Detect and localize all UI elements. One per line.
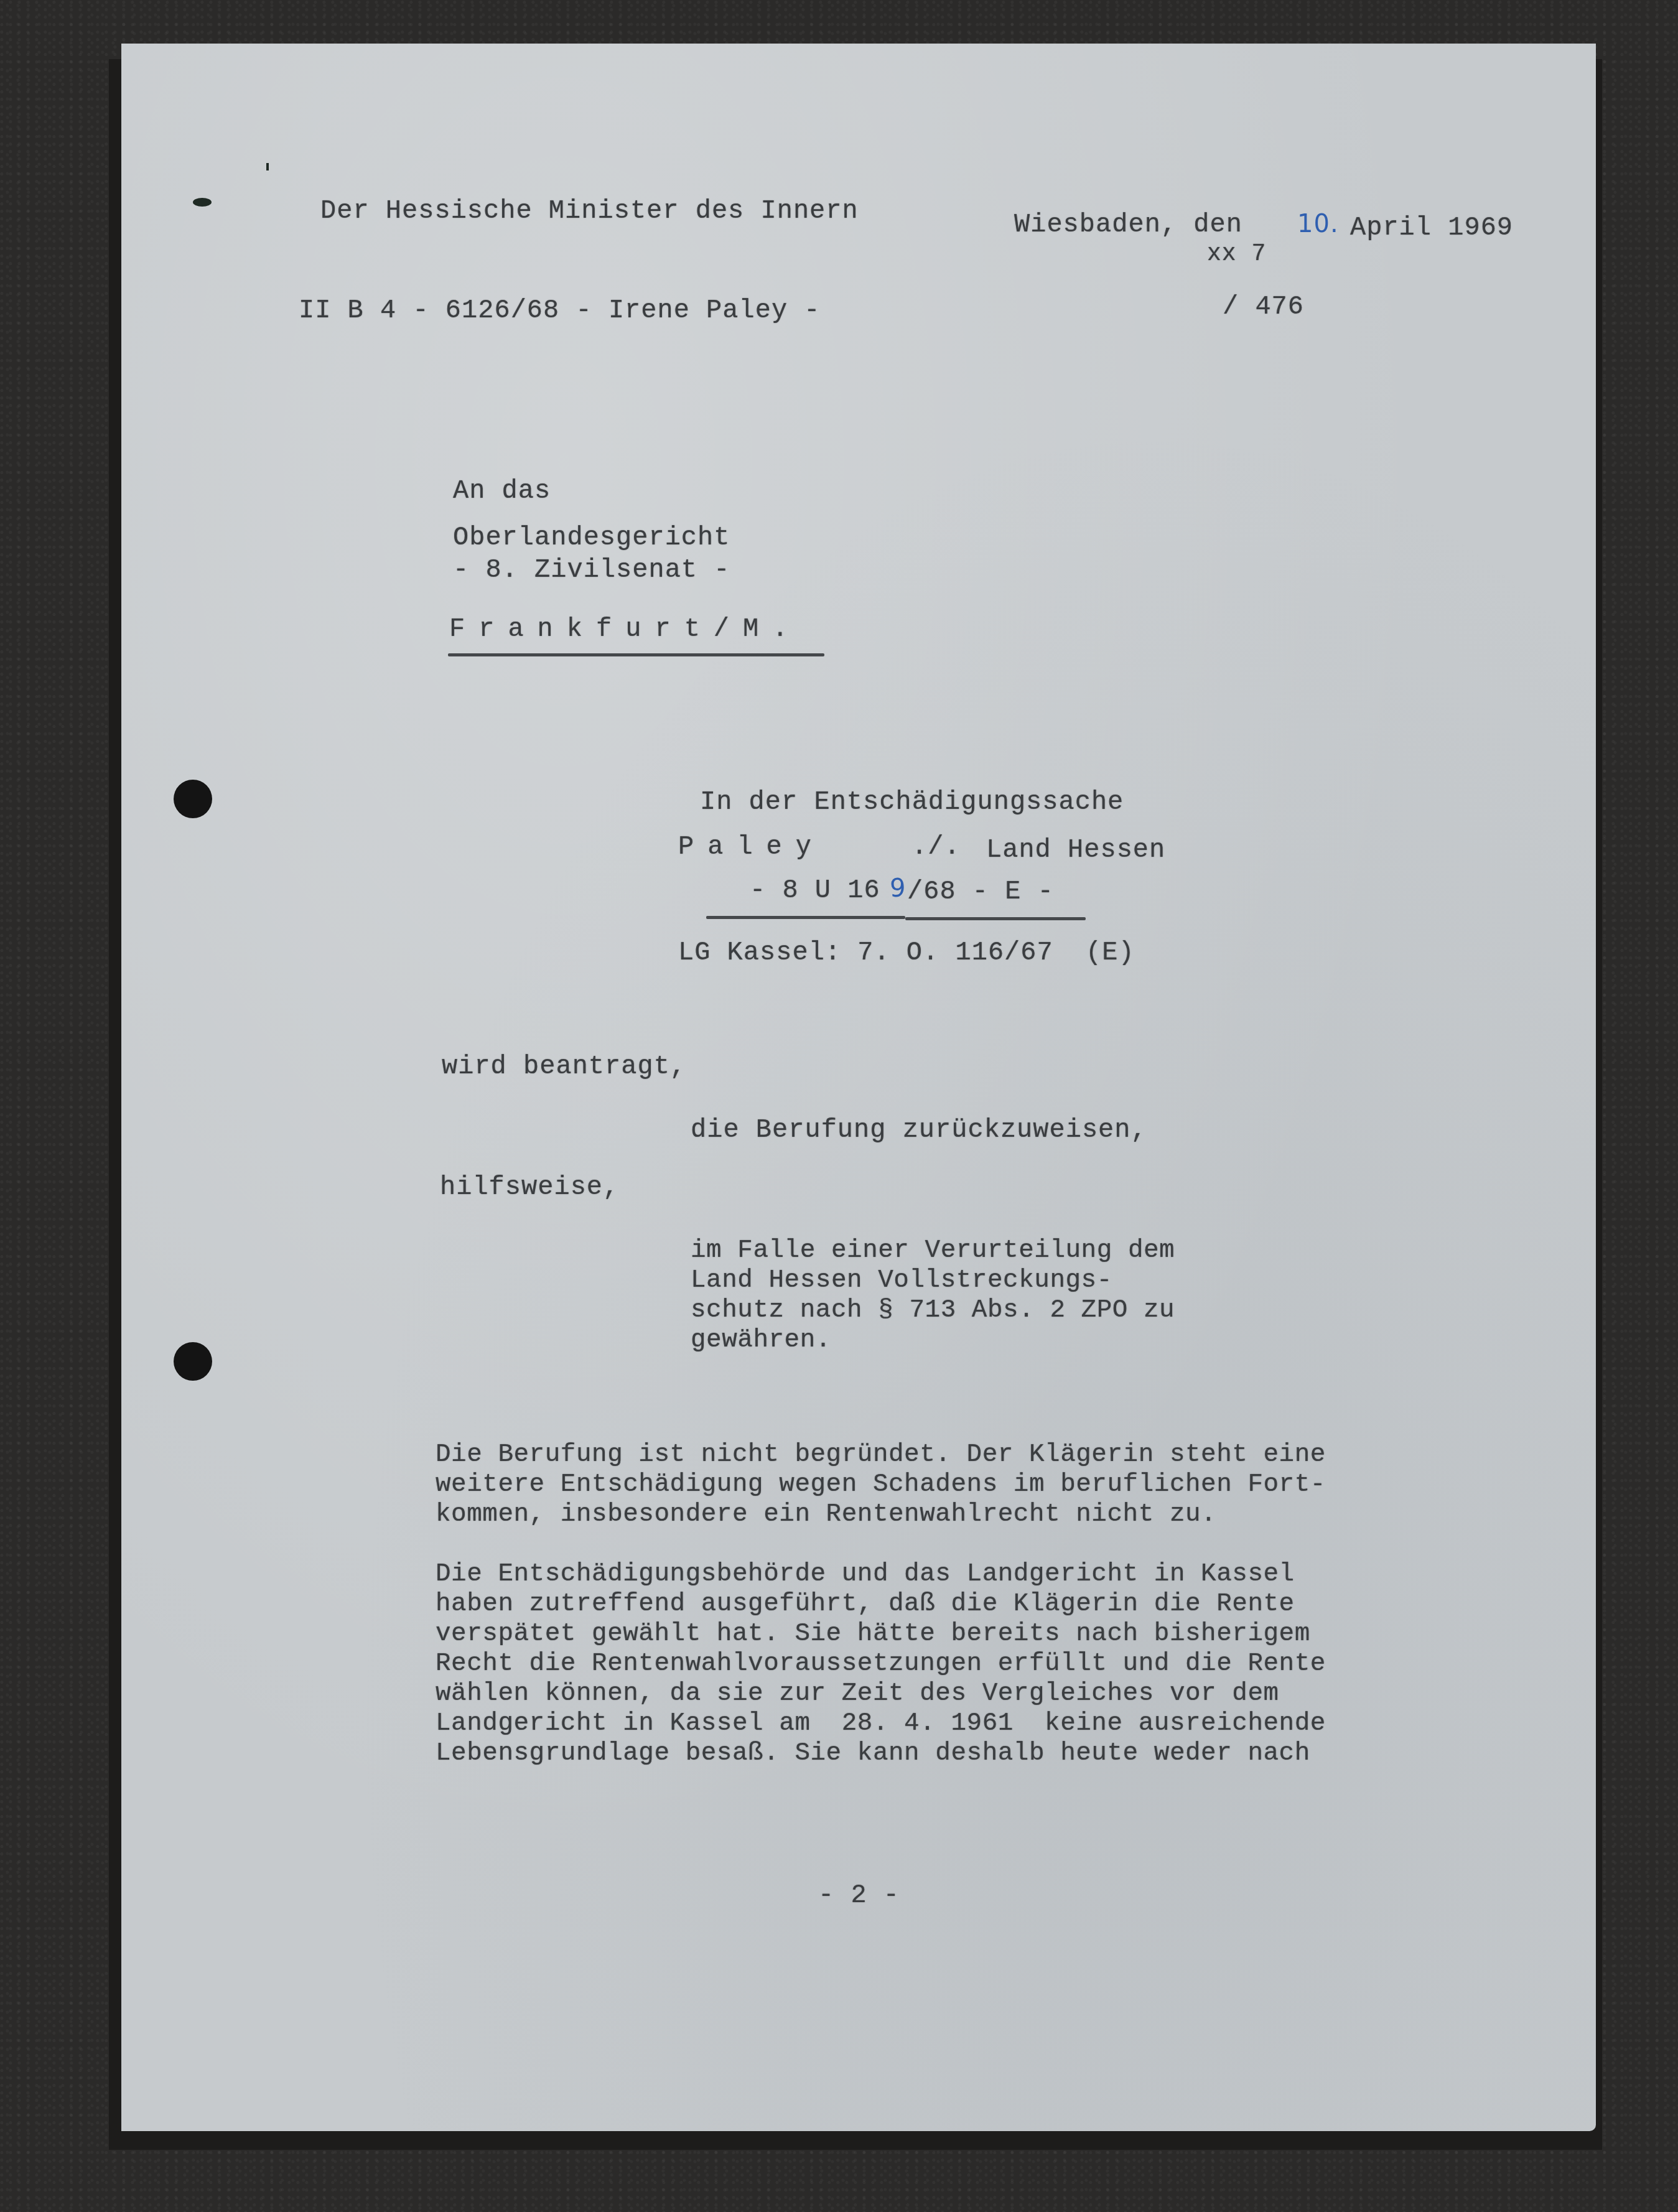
paragraph-line: haben zutreffend ausgeführt, daß die Klä… (436, 1592, 1295, 1617)
motion-primary: die Berufung zurückzuweisen, (691, 1117, 1147, 1143)
date-handwritten-day: 10. (1297, 212, 1339, 236)
paragraph-line: wählen können, da sie zur Zeit des Vergl… (436, 1681, 1279, 1707)
punch-hole-top (174, 780, 212, 818)
ink-blot (193, 198, 212, 207)
case-file-prefix: - 8 U 16 (750, 877, 880, 903)
case-party-right: Land Hessen (986, 837, 1165, 863)
recipient-line3: - 8. Zivilsenat - (453, 557, 730, 583)
ink-speck (266, 163, 269, 170)
case-underline-right (905, 917, 1086, 920)
lower-court: LG Kassel: 7. O. 116/67 (E) (678, 940, 1135, 966)
case-underline (706, 916, 905, 919)
paragraph-line: verspätet gewählt hat. Sie hätte bereits… (436, 1622, 1310, 1647)
case-file-handwritten-digit: 9 (890, 876, 906, 901)
motion-alt-line: schutz nach § 713 Abs. 2 ZPO zu (691, 1298, 1175, 1323)
paragraph-line: kommen, insbesondere ein Rentenwahlrecht… (436, 1502, 1216, 1528)
motion-alt-line: Land Hessen Vollstreckungs- (691, 1268, 1112, 1294)
motion-alt-line: gewähren. (691, 1328, 831, 1353)
paragraph-line: Lebensgrundlage besaß. Sie kann deshalb … (436, 1741, 1310, 1766)
date-sub-mark: xx 7 (1207, 243, 1266, 266)
recipient-line1: An das (453, 478, 551, 504)
reference: II B 4 - 6126/68 - Irene Paley - (299, 297, 821, 324)
motion-lead: wird beantragt, (442, 1053, 686, 1080)
punch-hole-bottom (174, 1342, 212, 1381)
paragraph-line: weitere Entschädigung wegen Schadens im … (436, 1472, 1326, 1498)
motion-alt-line: im Falle einer Verurteilung dem (691, 1238, 1175, 1264)
case-party-separator: ./. (911, 834, 961, 860)
recipient-line2: Oberlandesgericht (453, 525, 730, 551)
motion-alt-lead: hilfsweise, (440, 1174, 619, 1200)
reference-number: / 476 (1223, 294, 1304, 320)
recipient-city: Frankfurt/M. (449, 616, 801, 642)
sender: Der Hessische Minister des Innern (320, 198, 859, 224)
page-number: - 2 - (818, 1882, 900, 1908)
paragraph-line: Landgericht in Kassel am 28. 4. 1961 kei… (436, 1711, 1326, 1737)
case-intro: In der Entschädigungssache (700, 789, 1124, 815)
place-date-prefix: Wiesbaden, den (1014, 212, 1242, 238)
case-party-left: Paley (678, 834, 825, 860)
paragraph-line: Die Entschädigungsbehörde und das Landge… (436, 1562, 1295, 1587)
city-underline (448, 653, 824, 656)
date-typed-rest: April 1969 (1350, 215, 1513, 241)
document-page (121, 44, 1596, 2131)
paragraph-line: Recht die Rentenwahlvoraussetzungen erfü… (436, 1651, 1326, 1677)
paragraph-line: Die Berufung ist nicht begründet. Der Kl… (436, 1442, 1326, 1468)
case-file-suffix: /68 - E - (907, 879, 1054, 905)
